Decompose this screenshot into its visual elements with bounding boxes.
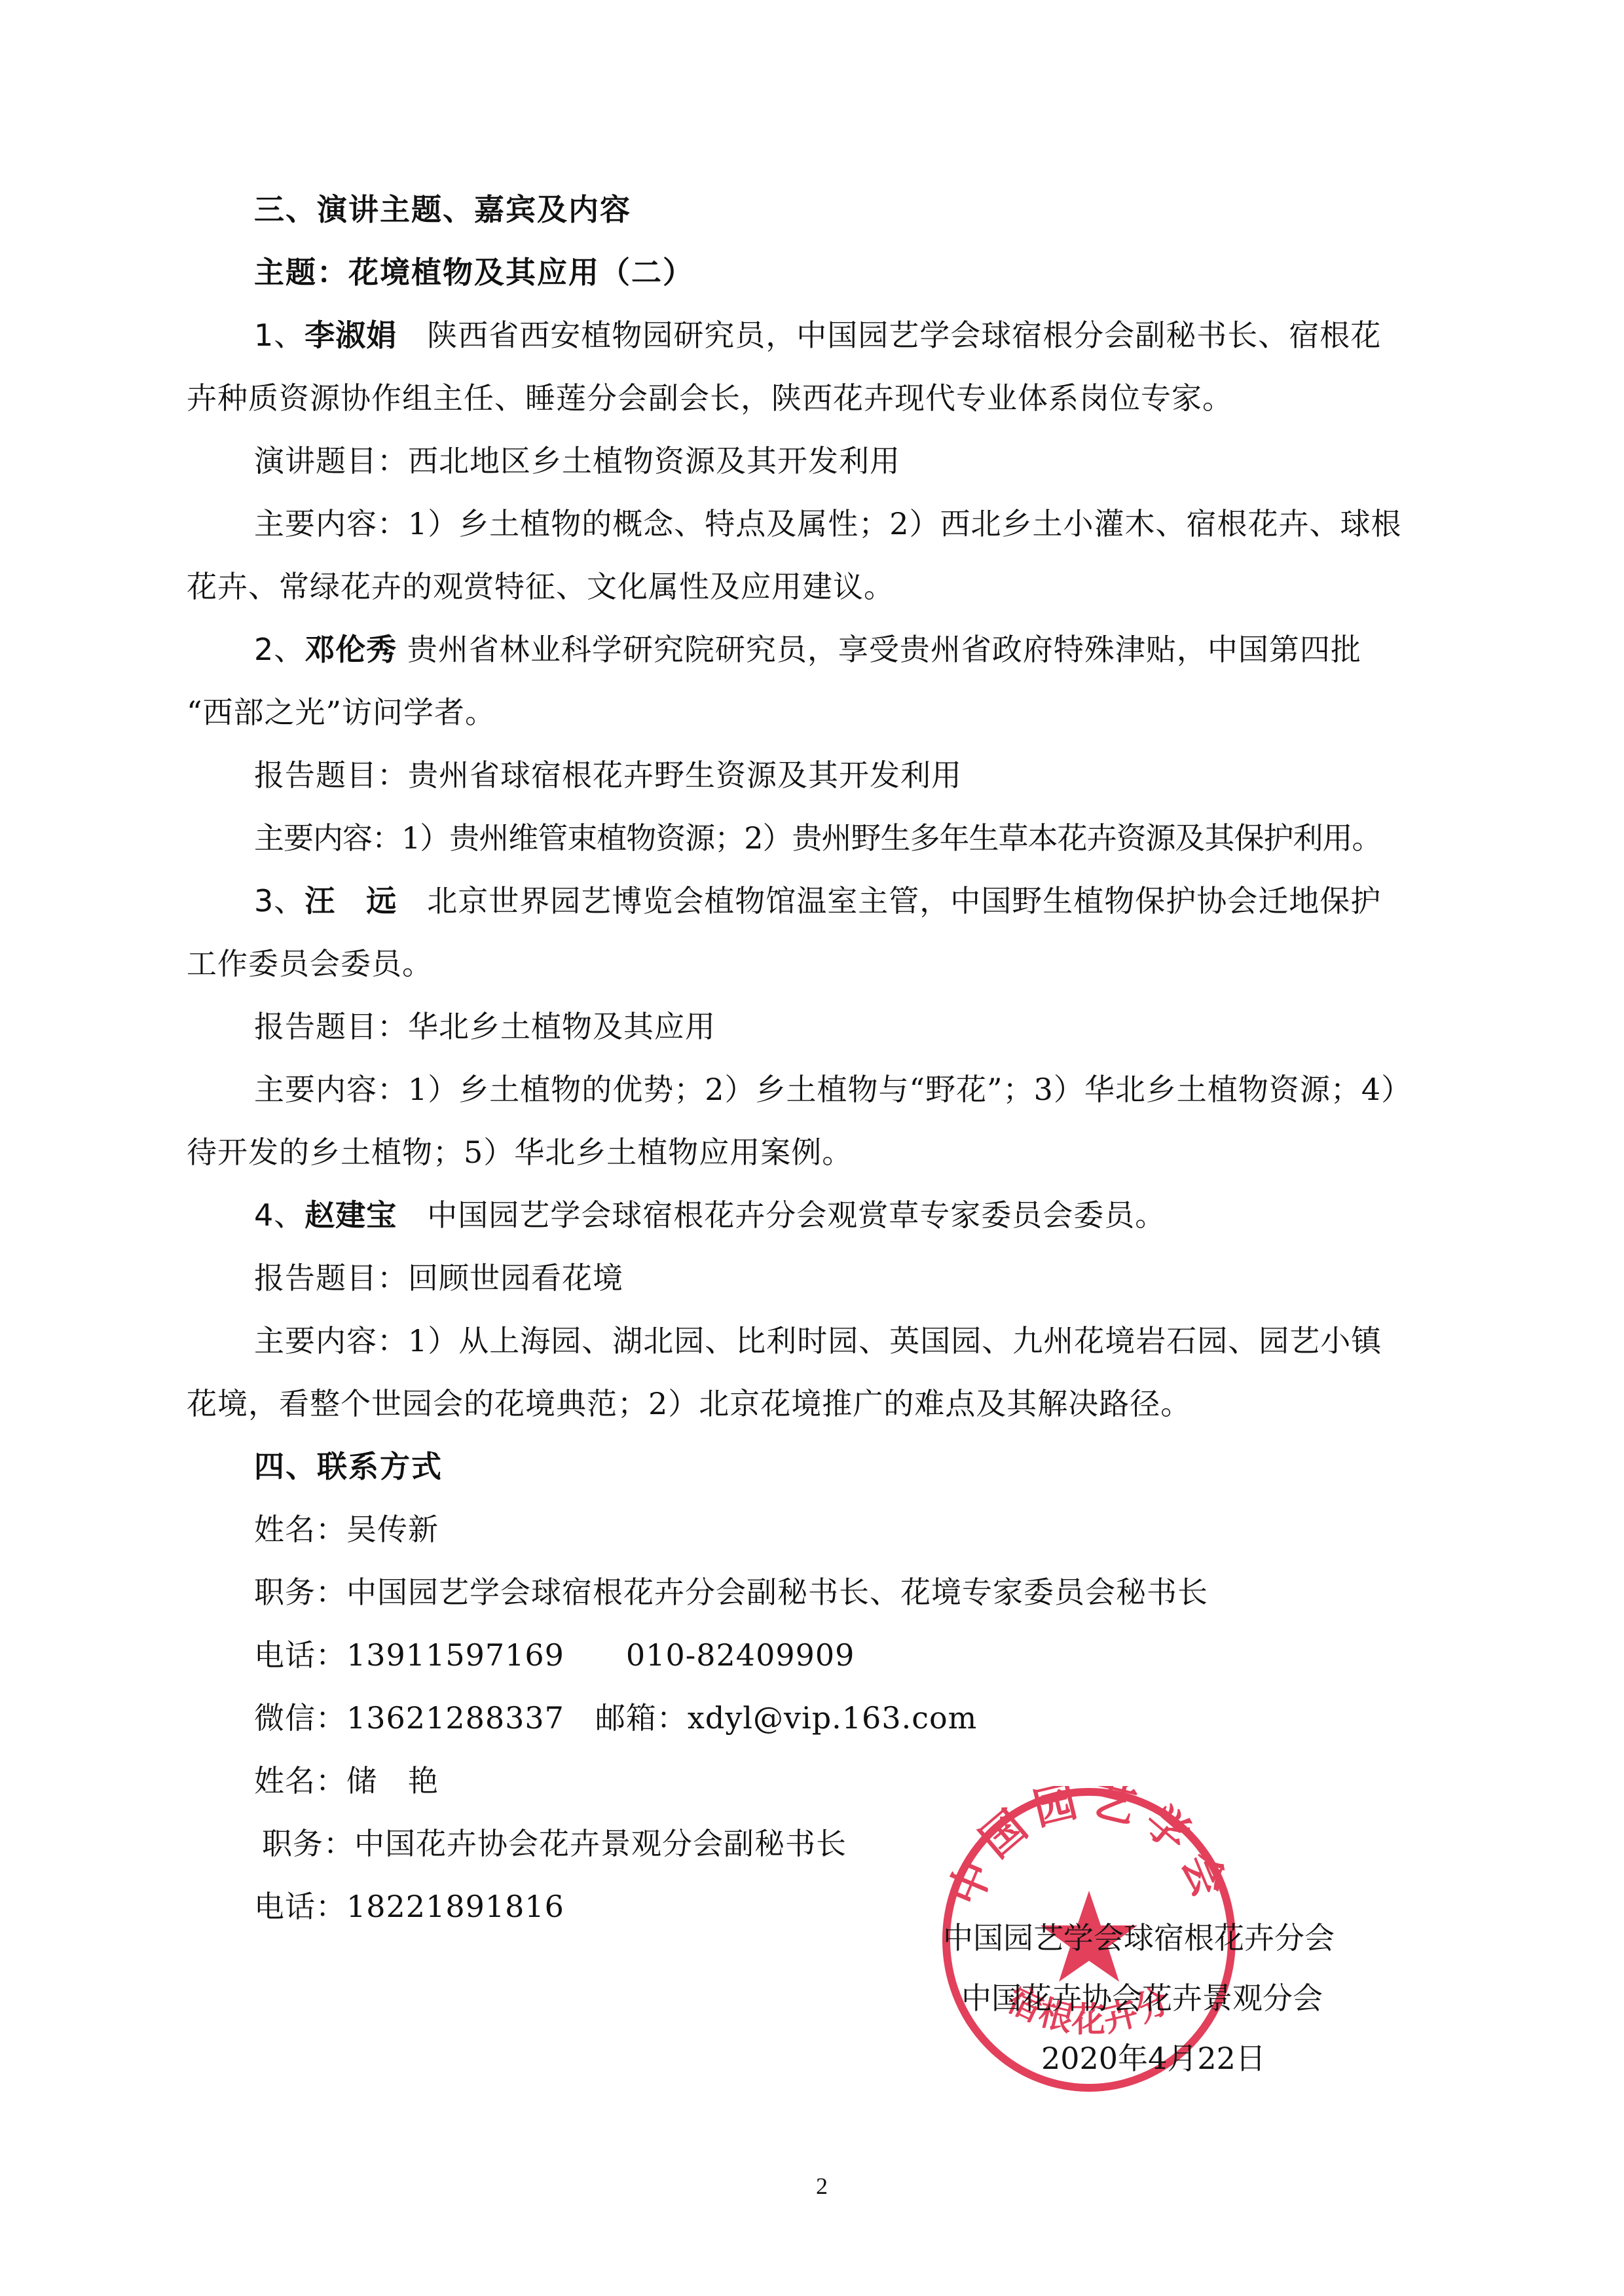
speaker-bio: 贵州省林业科学研究院研究员，享受贵州省政府特殊津贴，中国第四批	[407, 632, 1361, 667]
speaker-3-content: 主要内容：1）乡土植物的优势；2）乡土植物与“野花”；3）华北乡土植物资源；4）	[254, 1070, 1511, 1109]
speaker-4-title: 报告题目：回顾世园看花境	[254, 1258, 1511, 1298]
speaker-4-intro: 4、赵建宝中国园艺学会球宿根花卉分会观赏草专家委员会委员。	[254, 1195, 1511, 1235]
speaker-1-content-cont: 花卉、常绿花卉的观赏特征、文化属性及应用建议。	[187, 567, 1444, 606]
contact-1-name: 姓名：吴传新	[254, 1510, 1511, 1549]
speaker-2-bio-cont: “西部之光”访问学者。	[187, 693, 1444, 732]
speaker-name: 李淑娟	[304, 318, 397, 353]
speaker-1-intro: 1、李淑娟陕西省西安植物园研究员，中国园艺学会球宿根分会副秘书长、宿根花	[254, 316, 1511, 355]
speaker-1-title: 演讲题目：西北地区乡土植物资源及其开发利用	[254, 441, 1511, 481]
speaker-name: 汪 远	[304, 883, 397, 919]
contact-heading: 四、联系方式	[254, 1447, 1511, 1486]
speaker-index: 3、	[254, 883, 304, 919]
speaker-3-content-cont: 待开发的乡土植物；5）华北乡土植物应用案例。	[187, 1133, 1444, 1172]
speaker-bio: 北京世界园艺博览会植物馆温室主管，中国野生植物保护协会迁地保护	[427, 883, 1381, 919]
contact-2-name: 姓名：储 艳	[254, 1761, 1511, 1800]
speaker-index: 4、	[254, 1197, 304, 1233]
signature-org-2: 中国花卉协会花卉景观分会	[961, 1978, 1323, 2018]
speaker-bio: 陕西省西安植物园研究员，中国园艺学会球宿根分会副秘书长、宿根花	[427, 318, 1381, 353]
contact-1-wechat-email: 微信：13621288337 邮箱：xdyl@vip.163.com	[254, 1698, 1511, 1738]
document-page: 三、演讲主题、嘉宾及内容 主题：花境植物及其应用（二） 1、李淑娟陕西省西安植物…	[0, 0, 1624, 2296]
speaker-name: 邓伦秀	[304, 632, 397, 667]
speaker-2-intro: 2、邓伦秀 贵州省林业科学研究院研究员，享受贵州省政府特殊津贴，中国第四批	[254, 630, 1511, 669]
speaker-index: 1、	[254, 318, 304, 353]
speaker-3-bio-cont: 工作委员会委员。	[187, 944, 1444, 983]
contact-1-phone: 电话：13911597169 010-82409909	[254, 1635, 1511, 1675]
speaker-2-title: 报告题目：贵州省球宿根花卉野生资源及其开发利用	[254, 756, 1511, 795]
speaker-1-content: 主要内容：1）乡土植物的概念、特点及属性；2）西北乡土小灌木、宿根花卉、球根	[254, 504, 1511, 543]
speaker-4-content-cont: 花境，看整个世园会的花境典范；2）北京花境推广的难点及其解决路径。	[187, 1384, 1444, 1423]
speaker-4-content: 主要内容：1）从上海园、湖北园、比利时园、英国园、九州花境岩石园、园艺小镇	[254, 1321, 1511, 1360]
contact-1-position: 职务：中国园艺学会球宿根花卉分会副秘书长、花境专家委员会秘书长	[254, 1573, 1511, 1612]
signature-date: 2020年4月22日	[1041, 2039, 1266, 2078]
speaker-index: 2、	[254, 632, 304, 667]
speaker-3-title: 报告题目：华北乡土植物及其应用	[254, 1007, 1511, 1046]
theme-heading: 主题：花境植物及其应用（二）	[254, 253, 1511, 292]
speaker-bio: 中国园艺学会球宿根花卉分会观赏草专家委员会委员。	[427, 1197, 1166, 1233]
speaker-1-bio-cont: 卉种质资源协作组主任、睡莲分会副会长，陕西花卉现代专业体系岗位专家。	[187, 378, 1444, 418]
signature-org-1: 中国园艺学会球宿根花卉分会	[943, 1918, 1335, 1958]
page-number: 2	[812, 2172, 832, 2200]
speaker-3-intro: 3、汪 远北京世界园艺博览会植物馆温室主管，中国野生植物保护协会迁地保护	[254, 881, 1511, 920]
speaker-2-content: 主要内容：1）贵州维管束植物资源；2）贵州野生多年生草本花卉资源及其保护利用。	[254, 818, 1511, 858]
speaker-name: 赵建宝	[304, 1197, 397, 1233]
contact-2-position: 职务：中国花卉协会花卉景观分会副秘书长	[262, 1824, 1519, 1863]
section-heading: 三、演讲主题、嘉宾及内容	[254, 190, 1511, 229]
